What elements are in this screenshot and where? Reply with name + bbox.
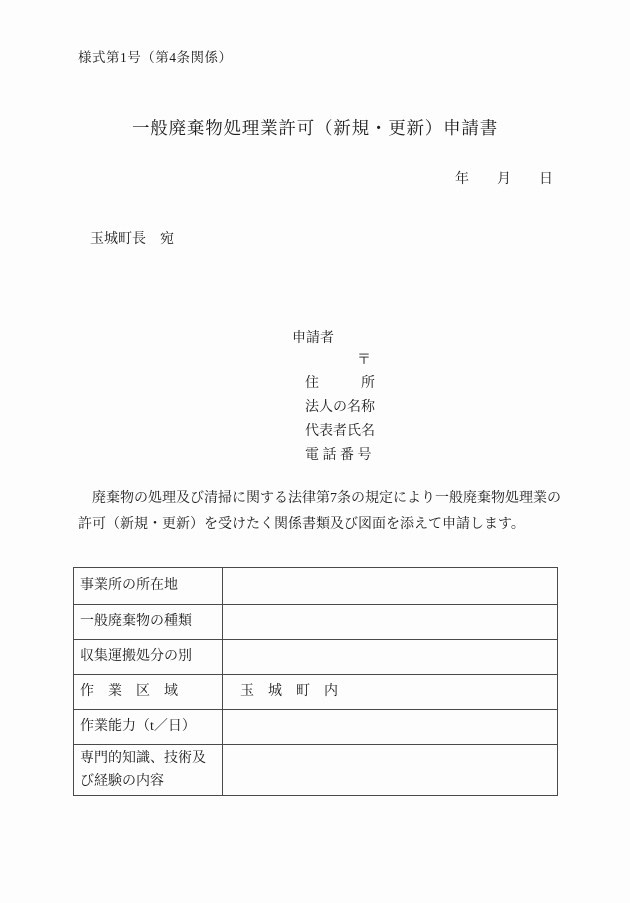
- applicant-section-label: 申請者: [292, 327, 334, 347]
- row-value-business-location: [223, 568, 558, 605]
- form-number: 様式第1号（第4条関係）: [78, 46, 233, 66]
- row-label-work-area: 作 業 区 域: [74, 675, 223, 710]
- row-value-work-area: 玉 城 町 内: [223, 675, 558, 710]
- table-row: 収集運搬処分の別: [74, 640, 558, 675]
- addressee-line: 玉城町長 宛: [90, 228, 174, 248]
- date-line: 年 月 日: [455, 168, 553, 188]
- applicant-field-phone-number: 電 話 番 号: [305, 444, 372, 464]
- table-row: 事業所の所在地: [74, 568, 558, 605]
- row-label-waste-type: 一般廃棄物の種類: [74, 605, 223, 640]
- table-row: 作 業 区 域 玉 城 町 内: [74, 675, 558, 710]
- row-label-business-location: 事業所の所在地: [74, 568, 223, 605]
- row-value-waste-type: [223, 605, 558, 640]
- row-label-expertise: 専門的知識、技術及び経験の内容: [74, 745, 223, 796]
- table-row: 作業能力（t／日）: [74, 710, 558, 745]
- row-label-collection-transport-disposal: 収集運搬処分の別: [74, 640, 223, 675]
- applicant-field-corporate-name: 法人の名称: [305, 396, 375, 416]
- postal-code-mark: 〒: [357, 349, 371, 369]
- application-statement-paragraph: 廃棄物の処理及び清掃に関する法律第7条の規定により一般廃棄物処理業の許可（新規・…: [78, 486, 570, 538]
- row-value-work-capacity: [223, 710, 558, 745]
- table-row: 一般廃棄物の種類: [74, 605, 558, 640]
- applicant-field-representative-name: 代表者氏名: [305, 420, 375, 440]
- row-value-collection-transport-disposal: [223, 640, 558, 675]
- applicant-field-address: 住 所: [305, 372, 375, 392]
- table-row: 専門的知識、技術及び経験の内容: [74, 745, 558, 796]
- row-value-expertise: [223, 745, 558, 796]
- page-title: 一般廃棄物処理業許可（新規・更新）申請書: [0, 115, 630, 140]
- application-form-page: 様式第1号（第4条関係） 一般廃棄物処理業許可（新規・更新）申請書 年 月 日 …: [0, 0, 630, 903]
- application-detail-table: 事業所の所在地 一般廃棄物の種類 収集運搬処分の別 作 業 区 域 玉 城 町 …: [73, 567, 558, 796]
- row-label-work-capacity: 作業能力（t／日）: [74, 710, 223, 745]
